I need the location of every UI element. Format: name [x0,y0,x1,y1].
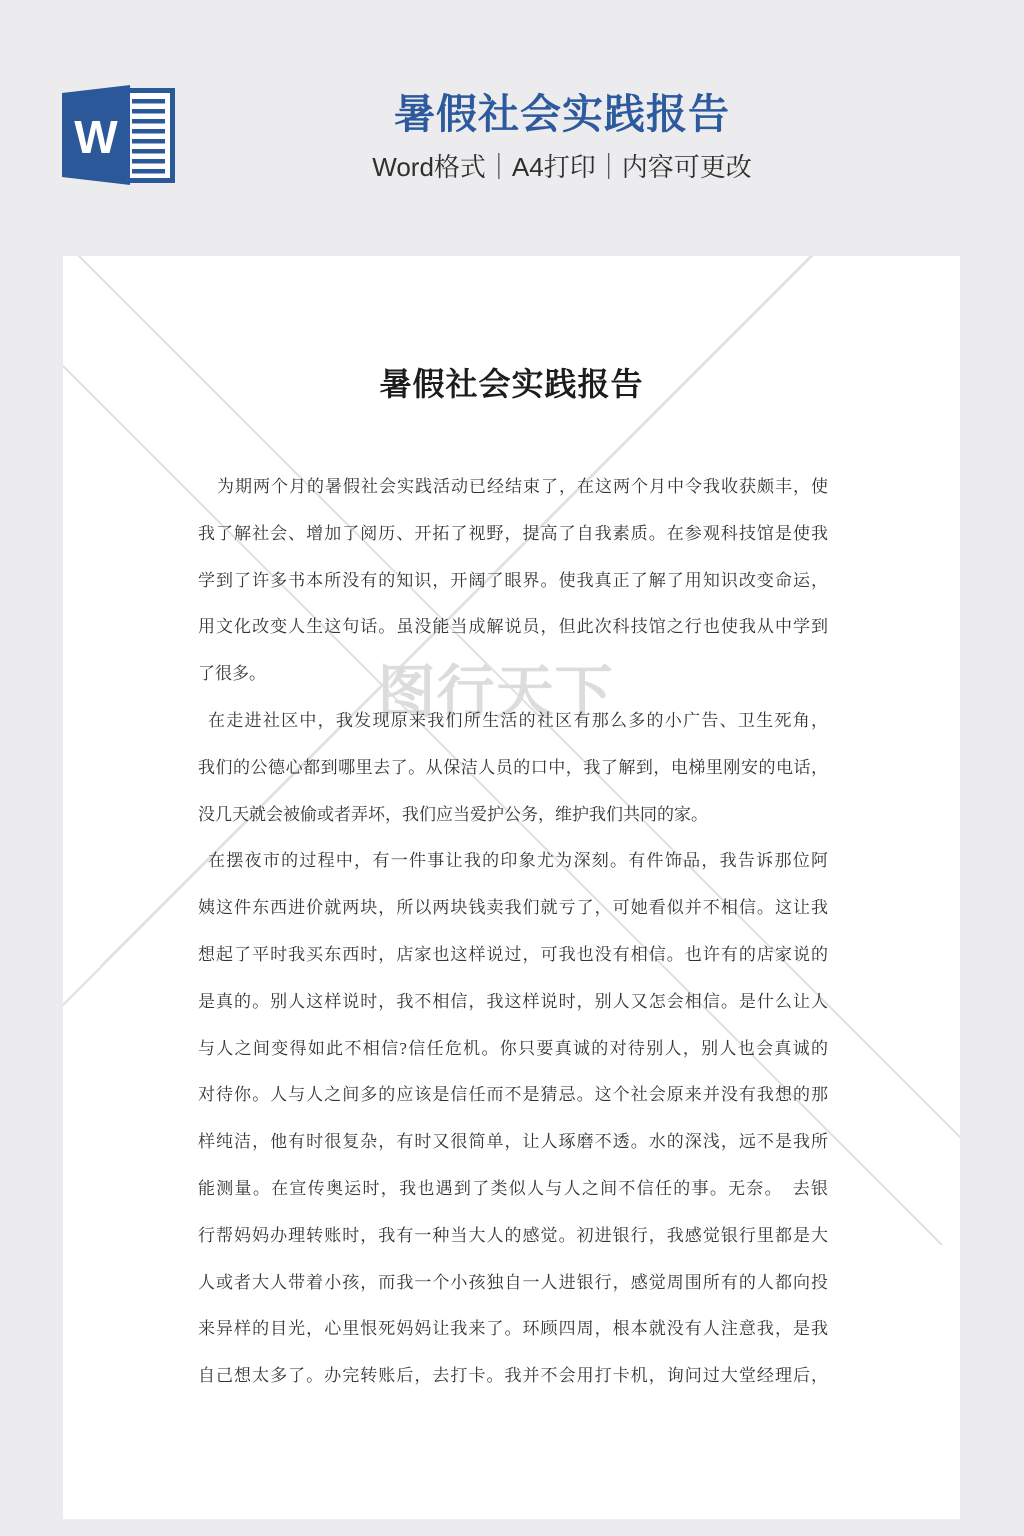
doc-line: 自己想太多了。办完转账后，去打卡。我并不会用打卡机，询问过大堂经理后， [198,1353,828,1400]
doc-line: 学到了许多书本所没有的知识，开阔了眼界。使我真正了解了用知识改变命运， [198,558,828,605]
doc-line: 姨这件东西进价就两块，所以两块钱卖我们就亏了，可她看似并不相信。这让我 [198,885,828,932]
doc-line: 我了解社会、增加了阅历、开拓了视野，提高了自我素质。在参观科技馆是使我 [198,511,828,558]
doc-line: 我们的公德心都到哪里去了。从保洁人员的口中，我了解到，电梯里刚安的电话， [198,745,828,792]
doc-line: 行帮妈妈办理转账时，我有一种当大人的感觉。初进银行，我感觉银行里都是大 [198,1213,828,1260]
doc-line: 在走进社区中，我发现原来我们所生活的社区有那么多的小广告、卫生死角， [198,698,828,745]
header-subtitle: Word格式｜A4打印｜内容可更改 [200,151,924,185]
doc-line: 想起了平时我买东西时，店家也这样说过，可我也没有相信。也许有的店家说的 [198,932,828,979]
page-background: W 暑假社会实践报告 Word格式｜A4打印｜内容可更改 图行天下 暑假社会实践… [0,0,1024,1536]
doc-line: 与人之间变得如此不相信?信任危机。你只要真诚的对待别人，别人也会真诚的 [198,1026,828,1073]
doc-line: 对待你。人与人之间多的应该是信任而不是猜忌。这个社会原来并没有我想的那 [198,1072,828,1119]
doc-line: 人或者大人带着小孩，而我一个小孩独自一人进银行，感觉周围所有的人都向投 [198,1260,828,1307]
word-icon-letter: W [74,111,118,163]
doc-line: 能测量。在宣传奥运时，我也遇到了类似人与人之间不信任的事。无奈。 去银 [198,1166,828,1213]
word-icon: W [60,83,176,187]
doc-line: 来异样的目光，心里恨死妈妈让我来了。环顾四周，根本就没有人注意我，是我 [198,1306,828,1353]
doc-line: 在摆夜市的过程中，有一件事让我的印象尤为深刻。有件饰品，我告诉那位阿 [198,838,828,885]
document-body: 为期两个月的暑假社会实践活动已经结束了，在这两个月中令我收获颇丰，使 我了解社会… [198,464,828,1400]
paragraph: 为期两个月的暑假社会实践活动已经结束了，在这两个月中令我收获颇丰，使 我了解社会… [198,464,828,698]
doc-line: 为期两个月的暑假社会实践活动已经结束了，在这两个月中令我收获颇丰，使 [198,464,828,511]
paragraph: 在摆夜市的过程中，有一件事让我的印象尤为深刻。有件饰品，我告诉那位阿 姨这件东西… [198,838,828,1400]
doc-line: 了很多。 [198,651,828,698]
paragraph: 在走进社区中，我发现原来我们所生活的社区有那么多的小广告、卫生死角， 我们的公德… [198,698,828,838]
header-title: 暑假社会实践报告 [200,90,924,139]
doc-line: 用文化改变人生这句话。虽没能当成解说员，但此次科技馆之行也使我从中学到 [198,604,828,651]
document-title: 暑假社会实践报告 [63,362,960,407]
doc-line: 是真的。别人这样说时，我不相信，我这样说时，别人又怎会相信。是什么让人 [198,979,828,1026]
doc-line: 没几天就会被偷或者弄坏，我们应当爱护公务，维护我们共同的家。 [198,792,828,839]
document-page: 图行天下 暑假社会实践报告 为期两个月的暑假社会实践活动已经结束了，在这两个月中… [63,256,960,1519]
doc-line: 样纯洁，他有时很复杂，有时又很简单，让人琢磨不透。水的深浅，远不是我所 [198,1119,828,1166]
